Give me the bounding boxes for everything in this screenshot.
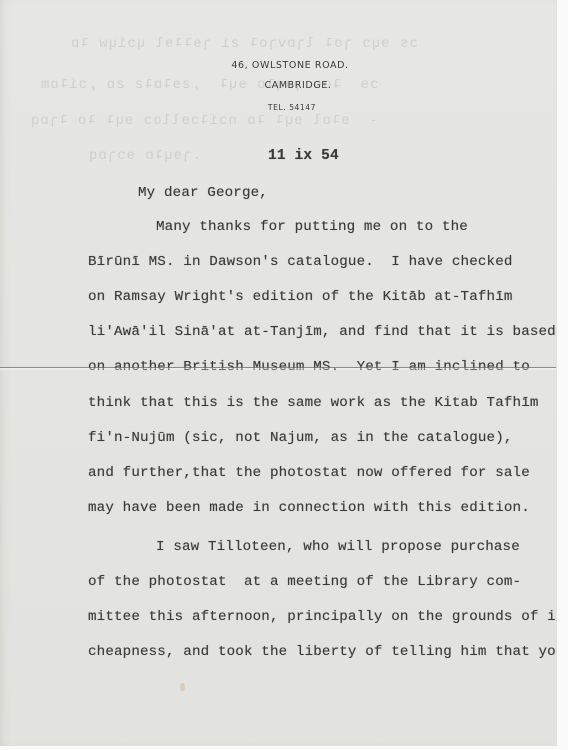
text-line: cheapness, and took the liberty of telli… <box>88 644 556 660</box>
paper-stain <box>180 683 185 691</box>
letter-page: ɔs ɘɥɔ ɿoʇ lɿɒvɿoʇ ƨi ɿɘʇʇɘl ɥɔiɥw ʇɒ ɔɘ… <box>0 0 556 746</box>
letterhead-street: 46, OWLSTONE ROAD. <box>12 60 556 71</box>
letter-date: 11 ix 54 <box>268 148 339 164</box>
text-line: of the photostat at a meeting of the Lib… <box>88 574 521 590</box>
letterhead-telephone: TEL. 54147 <box>14 103 556 112</box>
text-line: think that this is the same work as the … <box>88 395 539 411</box>
text-line: may have been made in connection with th… <box>88 500 530 516</box>
text-line: and further,that the photostat now offer… <box>88 465 530 481</box>
scan-margin-right <box>556 0 568 750</box>
text-line: I saw Tilloteen, who will propose purcha… <box>156 539 520 555</box>
text-line: on Ramsay Wright's edition of the Kitāb … <box>88 289 513 305</box>
text-line: fi'n-Nujūm (sic, not Najum, as in the ca… <box>88 430 513 446</box>
text-line: Bīrūnī MS. in Dawson's catalogue. I have… <box>88 254 513 270</box>
text-line: mittee this afternoon, principally on th… <box>88 609 556 625</box>
show-through-text: .ɿɘɥʇɒ ɘɔɿɒq <box>88 148 201 164</box>
show-through-text: ɔs ɘɥɔ ɿoʇ lɿɒvɿoʇ ƨi ɿɘʇʇɘl ɥɔiɥw ʇɒ <box>70 36 418 52</box>
show-through-text: - ɘʇɒl ɘɥʇ ʇɒ nɔiʇɔɘlloɔ ɘɥʇ ʇo ʇɿɒq <box>30 113 378 129</box>
letterhead-city: CAMBRIDGE. <box>20 80 556 91</box>
salutation: My dear George, <box>138 185 268 201</box>
fold-crease-highlight <box>0 368 556 371</box>
scan-margin-bottom <box>0 746 568 750</box>
text-line: li'Awā'il Sinā'at at-Tanjīm, and find th… <box>88 324 556 340</box>
text-line: Many thanks for putting me on to the <box>156 219 468 235</box>
